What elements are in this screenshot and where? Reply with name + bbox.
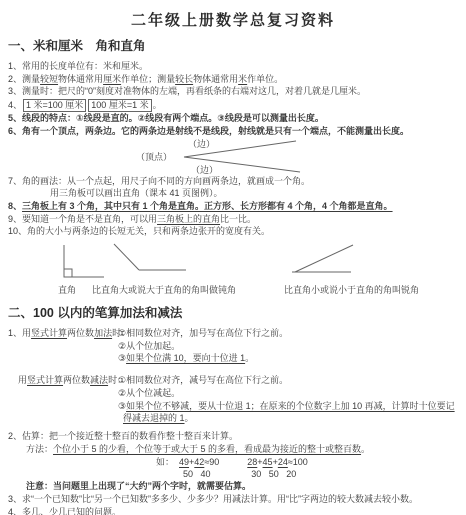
label-text: 用 xyxy=(22,328,31,338)
note-label: 注意： xyxy=(26,481,53,491)
s1-item-9: 9、要知道一个角是不是直角，可以用三角板上的直角比一比。 xyxy=(8,213,458,226)
s1-item-4: 4、1 米=100 厘米100 厘米=1 米。 xyxy=(8,98,458,112)
equation-box: 1 米=100 厘米 xyxy=(23,99,86,112)
item-text: 角的大小与两条边的长短无关，只和两条边张开的宽度有关。 xyxy=(27,226,270,236)
item-number: 6、 xyxy=(8,126,22,136)
example-1-expression: 49+42≈90 xyxy=(179,456,219,468)
subtraction-steps: ①相同数位对齐，减号写在高位下行之前。 ②从个位减起。 ③如果个位不够减，要从十… xyxy=(118,374,455,425)
item-number: 5、 xyxy=(8,113,22,123)
item-text: 角的画法：从一个点起，用尺子向不同的方向画两条边，就画成一个角。 xyxy=(22,176,310,186)
item-number: 1、 xyxy=(8,328,22,338)
item-text: 作单位。 xyxy=(247,74,283,84)
item-text: 测量时：把尺的“0”刻度对准物体的左端，再看纸条的右端对这几，对着几就是几厘米。 xyxy=(22,86,366,96)
step-text: 。 xyxy=(185,413,194,423)
document-page: 二年级上册数学总复习资料 一、米和厘米 角和直角 1、常用的长度单位有：米和厘米… xyxy=(0,0,466,515)
item-text: 线段的特点：①线段是直的。②线段有两个端点。③线段是可以测量出长度。 xyxy=(22,113,324,123)
underlined-text: 如果个位不够减，要从十位退 1；在原来的个位数字上加 10 再减，计算时十位要记 xyxy=(126,401,455,411)
item-number: 3、 xyxy=(8,86,22,96)
underlined-number: 28 xyxy=(247,457,257,467)
s1-item-10: 10、角的大小与两条边的长短无关，只和两条边张开的宽度有关。 xyxy=(8,225,458,238)
underlined-text: 竖式计算 xyxy=(31,328,67,338)
s1-item-7-cont: 用三角板可以画出直角（课本 41 页图例）。 xyxy=(50,187,458,200)
add-step-2: ②从个位加起。 xyxy=(118,340,288,353)
item-number: 1、 xyxy=(8,61,22,71)
right-angle-figure xyxy=(56,243,108,281)
edge-label-top: （边） xyxy=(188,137,215,150)
s2-item-2-note: 注意：当问题里上出现了“大约”两个字时，就需要估算。 xyxy=(26,480,458,493)
item-text: 多几、少几已知的问题。 xyxy=(22,507,121,515)
underlined-text: 如果个位满 10，要向十位进 1 xyxy=(126,353,245,363)
item-text: 求“一个已知数”比“另一个已知数”多多少、少多少？用减法计算。用“比”字两边的较… xyxy=(22,494,418,504)
step-text: 。 xyxy=(245,353,254,363)
result: ≈90 xyxy=(204,457,219,467)
item-text: 物体通常用 xyxy=(58,74,103,84)
add-step-3: ③如果个位满 10，要向十位进 1。 xyxy=(118,352,288,365)
label-text: 两位数 xyxy=(63,375,90,385)
example-1-rounded: 50 40 xyxy=(179,468,219,480)
item-text: 角有一个顶点，两条边。它的两条边是射线不是线段，射线就是只有一个端点，不能测量出… xyxy=(22,126,409,136)
addition-label: 1、用竖式计算两位数加法时： xyxy=(8,327,118,365)
item-number: 2、 xyxy=(8,431,22,441)
item-number: 3、 xyxy=(8,494,22,504)
s1-item-3: 3、测量时：把尺的“0”刻度对准物体的左端，再看纸条的右端对这几，对着几就是几厘… xyxy=(8,85,458,98)
underlined-text: 三角板上有 3 个角，其中只有 1 个角是直角。正方形、长方形都有 4 个角，4… xyxy=(22,201,393,211)
item-number: 9、 xyxy=(8,214,22,224)
item-text: 常用的长度单位有：米和厘米。 xyxy=(22,61,148,71)
item-number: 10、 xyxy=(8,226,27,236)
item-number: 4、 xyxy=(8,507,22,515)
s1-item-2: 2、测量较短物体通常用厘米作单位；测量较长物体通常用米作单位。 xyxy=(8,73,458,86)
underlined-text: 得减去退掉的 1 xyxy=(123,413,185,423)
addition-steps: ①相同数位对齐，加号写在高位下行之前。 ②从个位加起。 ③如果个位满 10，要向… xyxy=(118,327,288,365)
sub-step-2: ②从个位减起。 xyxy=(118,387,455,400)
label-text: 用 xyxy=(18,375,27,385)
sub-step-3: ③如果个位不够减，要从十位退 1；在原来的个位数字上加 10 再减，计算时十位要… xyxy=(118,400,455,413)
step-marker: ③ xyxy=(118,401,126,411)
example-2: 28+45+24≈100 30 50 20 xyxy=(247,456,308,480)
underlined-text: 加法 xyxy=(94,328,112,338)
obtuse-angle-figure xyxy=(108,243,188,273)
underlined-number: 45 xyxy=(263,457,273,467)
item-text: 用三角板可以画出直角（课本 41 页图例）。 xyxy=(50,188,223,198)
step-marker: ③ xyxy=(118,353,126,363)
s2-item-3: 3、求“一个已知数”比“另一个已知数”多多少、少多少？用减法计算。用“比”字两边… xyxy=(8,493,458,506)
item-number: 8、 xyxy=(8,201,22,211)
edge-label-bottom: （边） xyxy=(191,163,218,176)
underlined-text: 竖式计算 xyxy=(27,375,63,385)
underlined-text: 米 xyxy=(238,74,247,84)
equation-box: 100 厘米=1 米 xyxy=(88,99,151,112)
example-1: 49+42≈90 50 40 xyxy=(179,456,219,480)
note-text: 当问题里上出现了“大约”两个字时，就需要估算。 xyxy=(53,481,251,491)
item-text: 比一比。 xyxy=(220,214,256,224)
obtuse-angle-label: 比直角大或说大于直角的角叫做钝角 xyxy=(92,283,236,296)
sub-step-3-cont: 得减去退掉的 1。 xyxy=(123,412,455,425)
underlined-number: 49 xyxy=(179,457,189,467)
item-text: 要知道一个角是不是直角，可以用 xyxy=(22,214,157,224)
right-angle-label: 直角 xyxy=(58,283,76,296)
s2-item-4: 4、多几、少几已知的问题。 xyxy=(8,506,458,515)
subtraction-label: 用竖式计算两位数减法时： xyxy=(8,374,118,425)
s2-item-1-addition: 1、用竖式计算两位数加法时： ①相同数位对齐，加号写在高位下行之前。 ②从个位加… xyxy=(8,327,458,365)
underlined-text: 减法 xyxy=(90,375,108,385)
angle-types-diagram: 直角 比直角大或说大于直角的角叫做钝角 比直角小或说小于直角的角叫锐角 xyxy=(8,240,458,298)
underlined-text: 三角板上的直角 xyxy=(157,214,220,224)
example-2-expression: 28+45+24≈100 xyxy=(247,456,308,468)
example-2-rounded: 30 50 20 xyxy=(247,468,308,480)
sub-step-1: ①相同数位对齐，减号写在高位下行之前。 xyxy=(118,374,455,387)
item-text: 测量 xyxy=(22,74,40,84)
acute-angle-label: 比直角小或说小于直角的角叫锐角 xyxy=(284,283,419,296)
item-text: 物体通常用 xyxy=(193,74,238,84)
add-step-1: ①相同数位对齐，加号写在高位下行之前。 xyxy=(118,327,288,340)
section2-heading: 二、100 以内的笔算加法和减法 xyxy=(8,306,458,321)
underlined-number: 24 xyxy=(278,457,288,467)
s1-item-5: 5、线段的特点：①线段是直的。②线段有两个端点。③线段是可以测量出长度。 xyxy=(8,112,458,125)
label-text: 两位数 xyxy=(67,328,94,338)
s1-item-1: 1、常用的长度单位有：米和厘米。 xyxy=(8,60,458,73)
method-label: 方法： xyxy=(26,444,53,454)
s1-item-8: 8、三角板上有 3 个角，其中只有 1 个角是直角。正方形、长方形都有 4 个角… xyxy=(8,200,458,213)
item-text: 。 xyxy=(153,100,162,110)
acute-angle-figure xyxy=(291,243,355,275)
item-number: 4、 xyxy=(8,100,22,110)
s1-item-7: 7、角的画法：从一个点起，用尺子向不同的方向画两条边，就画成一个角。 xyxy=(8,175,458,188)
estimation-examples: 如： 49+42≈90 50 40 28+45+24≈100 30 50 20 xyxy=(156,456,458,480)
s1-item-6: 6、角有一个顶点，两条边。它的两条边是射线不是线段，射线就是只有一个端点，不能测… xyxy=(8,125,458,138)
item-number: 7、 xyxy=(8,176,22,186)
item-text: 。 xyxy=(361,444,370,454)
underlined-text: 较长 xyxy=(175,74,193,84)
page-title: 二年级上册数学总复习资料 xyxy=(8,12,458,30)
s2-item-1-subtraction: 用竖式计算两位数减法时： ①相同数位对齐，减号写在高位下行之前。 ②从个位减起。… xyxy=(8,374,458,425)
example-label: 如： xyxy=(156,456,174,480)
angle-diagram: （顶点） （边） （边） xyxy=(136,138,458,175)
vertex-label: （顶点） xyxy=(136,150,172,163)
section1-heading: 一、米和厘米 角和直角 xyxy=(8,39,458,54)
item-number: 2、 xyxy=(8,74,22,84)
underlined-text: 较短 xyxy=(40,74,58,84)
item-text: 作单位；测量 xyxy=(121,74,175,84)
result: ≈100 xyxy=(288,457,308,467)
underlined-text: 个位小于 5 的少看，个位等于或大于 5 的多看，看成最为接近的整十或整百数 xyxy=(53,444,361,454)
s2-item-2: 2、估算：把一个接近整十整百的数看作整十整百来计算。 xyxy=(8,430,458,443)
s2-item-2-method: 方法：个位小于 5 的少看，个位等于或大于 5 的多看，看成最为接近的整十或整百… xyxy=(26,443,458,456)
underlined-number: 42 xyxy=(194,457,204,467)
underlined-text: 厘米 xyxy=(103,74,121,84)
item-text: 估算：把一个接近整十整百的数看作整十整百来计算。 xyxy=(22,431,238,441)
